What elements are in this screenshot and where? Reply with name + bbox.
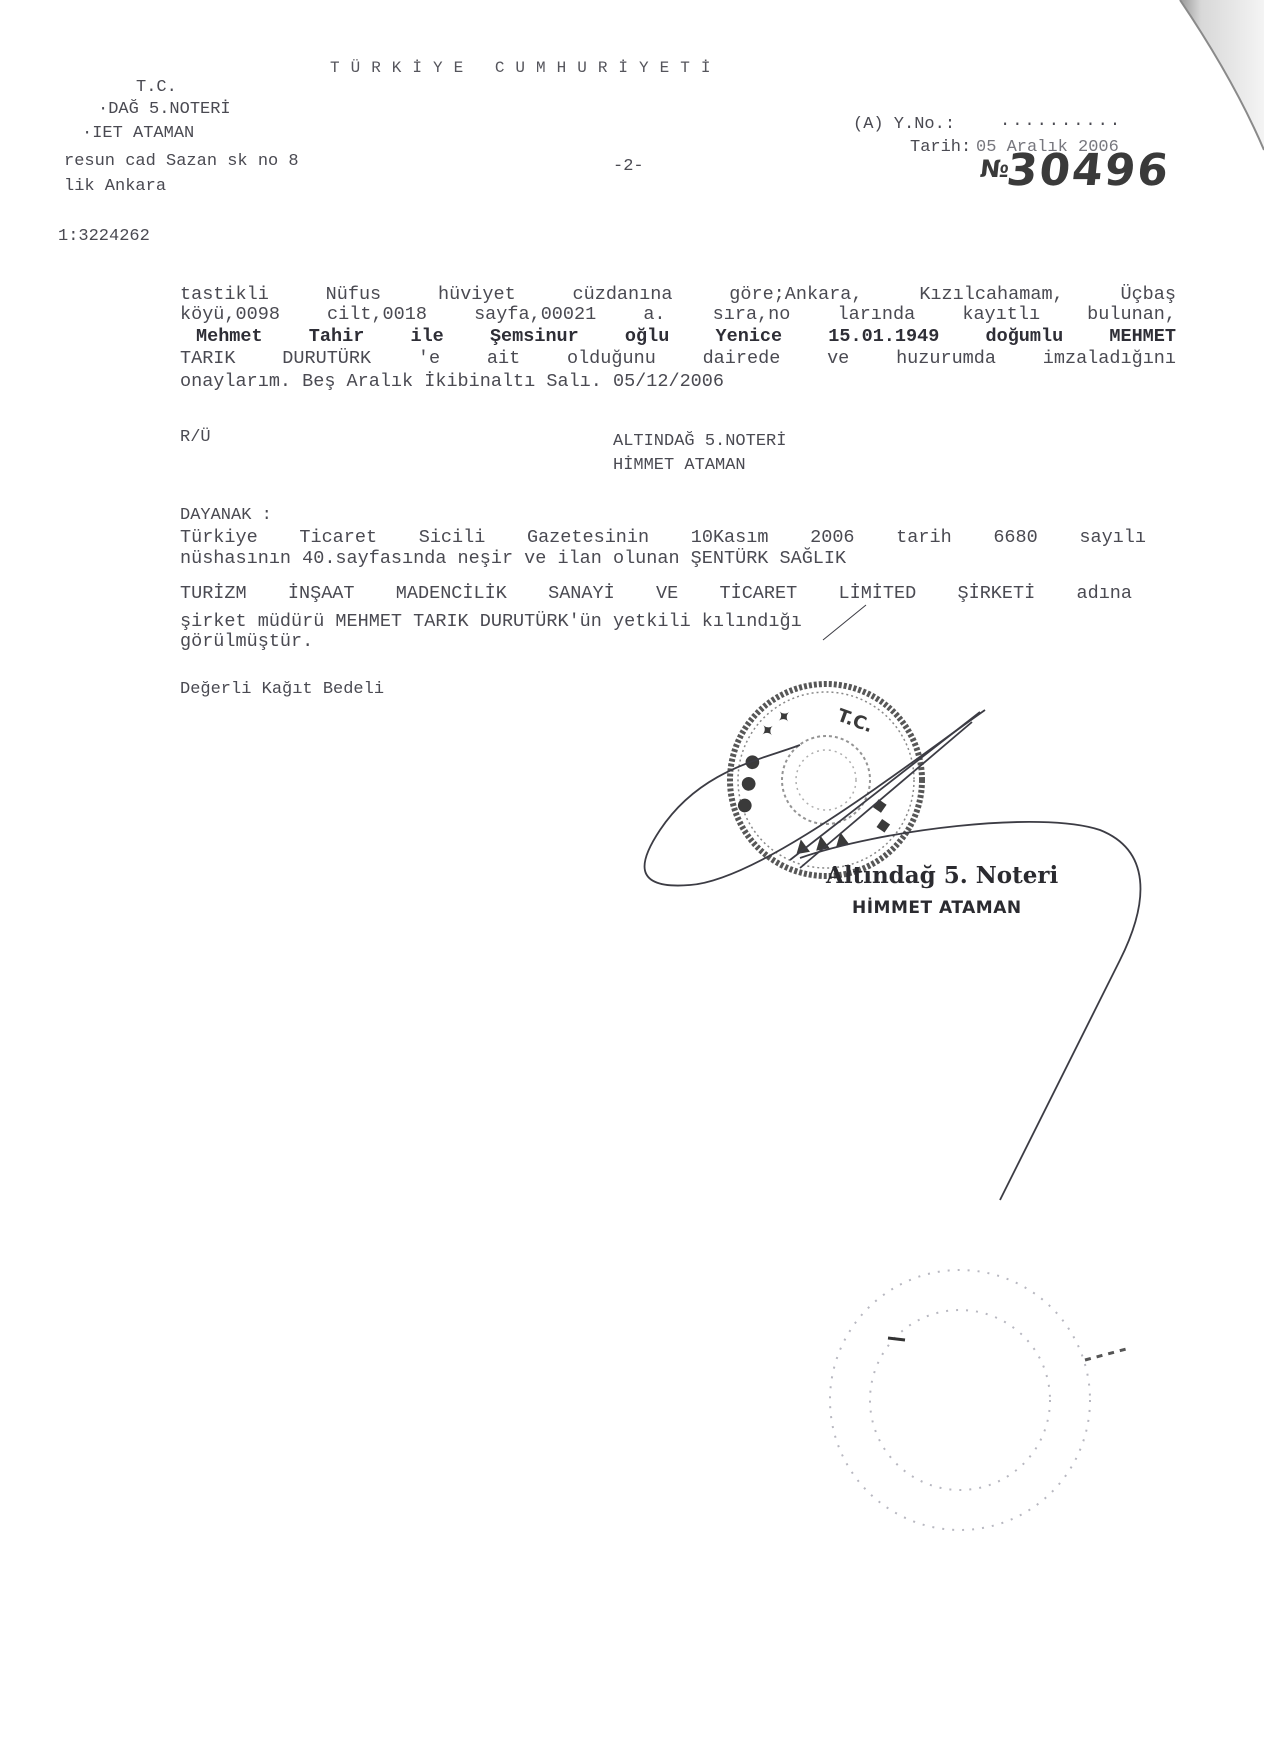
faint-seal-icon xyxy=(830,1270,1090,1530)
svg-text:▲ ▲ ▲: ▲ ▲ ▲ xyxy=(793,827,850,857)
svg-text:✦ ✦: ✦ ✦ xyxy=(756,704,797,744)
basis-line-3: TURİZM İNŞAAT MADENCİLİK SANAYİ VE TİCAR… xyxy=(180,584,1132,604)
basis-line-4: şirket müdürü MEHMET TARIK DURUTÜRK'ün y… xyxy=(180,612,802,632)
registry-number-label: (A) Y.No.: xyxy=(853,115,955,135)
registry-number-value: .......... xyxy=(1000,112,1122,132)
office-address: resun cad Sazan sk no 8 xyxy=(64,152,299,172)
page-number: -2- xyxy=(613,157,644,177)
country-title: TÜRKİYE CUMHURİYETİ xyxy=(330,58,721,78)
body-line-3: Mehmet Tahir ile Şemsinur oğlu Yenice 15… xyxy=(196,327,1176,347)
body-line-1: tastikli Nüfus hüviyet cüzdanına göre;An… xyxy=(180,285,1176,305)
signature-office: ALTINDAĞ 5.NOTERİ xyxy=(613,432,786,452)
office-tc: T.C. xyxy=(136,78,177,98)
office-city: lik Ankara xyxy=(64,177,166,197)
serial-stamp: №30496 xyxy=(977,145,1172,196)
svg-text:● ● ●: ● ● ● xyxy=(732,752,763,814)
svg-text:◆ ◆: ◆ ◆ xyxy=(869,797,896,834)
body-line-4: TARIK DURUTÜRK 'e ait olduğunu dairede v… xyxy=(180,349,1176,369)
official-seal-icon: ✦ ✦ T.C. ◆ ◆ ▲ ▲ ▲ ● ● ● xyxy=(730,684,922,876)
serial-stamp-value: 30496 xyxy=(1004,145,1172,196)
numero-sign: № xyxy=(979,155,1009,183)
basis-line-1: Türkiye Ticaret Sicili Gazetesinin 10Kas… xyxy=(180,528,1146,548)
body-line-2: köyü,0098 cilt,0018 sayfa,00021 a. sıra,… xyxy=(180,305,1176,325)
ink-mark xyxy=(1085,1348,1130,1360)
registry-date-label: Tarih: xyxy=(910,138,971,158)
basis-line-2: nüshasının 40.sayfasında neşir ve ilan o… xyxy=(180,549,846,569)
svg-text:T.C.: T.C. xyxy=(834,705,875,737)
notary-stamp-name: HİMMET ATAMAN xyxy=(852,898,1022,918)
ru-mark: R/Ü xyxy=(180,428,211,448)
notary-name-header: ·IET ATAMAN xyxy=(82,124,194,144)
ink-mark xyxy=(888,1338,905,1340)
page-fold-corner xyxy=(1114,0,1264,160)
basis-line-5: görülmüştür. xyxy=(180,632,313,652)
office-name: ·DAĞ 5.NOTERİ xyxy=(98,100,231,120)
body-line-5: onaylarım. Beş Aralık İkibinaltı Salı. 0… xyxy=(180,372,724,392)
valuable-paper-fee-label: Değerli Kağıt Bedeli xyxy=(180,680,384,700)
basis-label: DAYANAK : xyxy=(180,506,272,526)
signature-notary-name: HİMMET ATAMAN xyxy=(613,456,746,476)
seal-and-signature: ✦ ✦ T.C. ◆ ◆ ▲ ▲ ▲ ● ● ● xyxy=(0,0,1264,1752)
notary-stamp-office: Altındağ 5. Noteri xyxy=(826,862,1058,889)
office-phone: 1:3224262 xyxy=(58,227,150,247)
